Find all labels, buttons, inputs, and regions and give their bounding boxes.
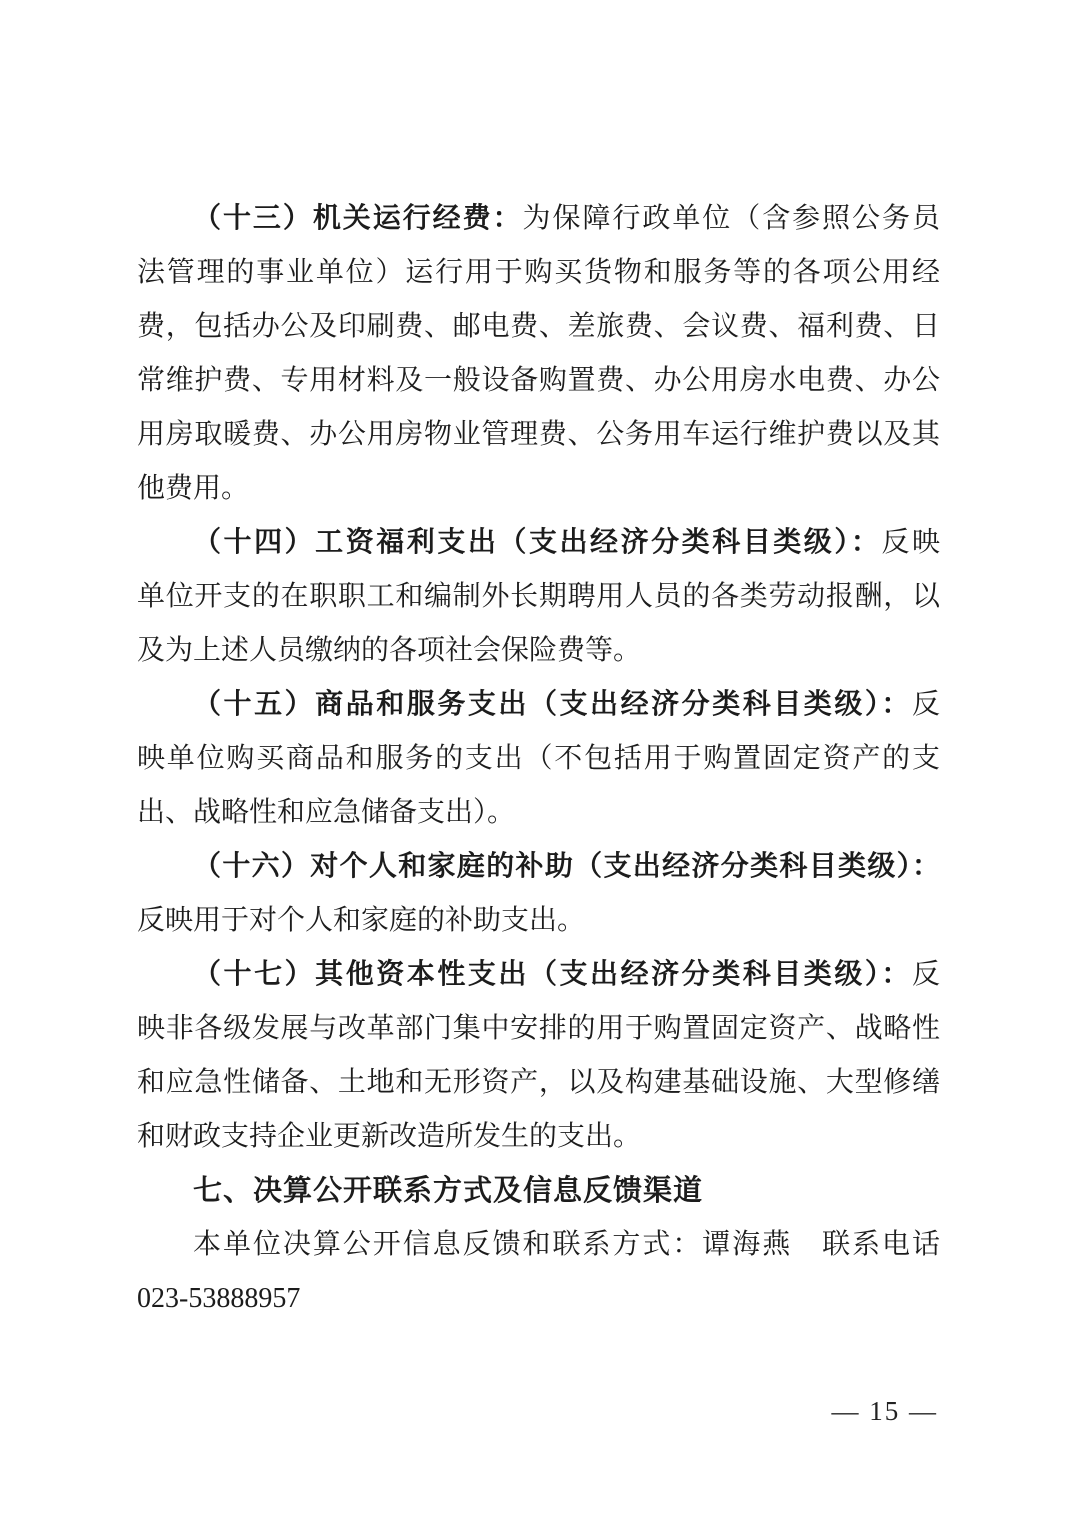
para-15-term: （十五）商品和服务支出（支出经济分类科目类级）： bbox=[193, 689, 912, 720]
para-14-line-3: 及为上述人员缴纳的各项社会保险费等。 bbox=[137, 624, 940, 678]
para-15-line-1: （十五）商品和服务支出（支出经济分类科目类级）：反 bbox=[137, 678, 940, 732]
para-13-line-6: 他费用。 bbox=[137, 462, 940, 516]
document-content: （十三）机关运行经费：为保障行政单位（含参照公务员 法管理的事业单位）运行用于购… bbox=[137, 192, 940, 1326]
contact-phone-number: 023-53888957 bbox=[137, 1272, 940, 1326]
para-14-line-2: 单位开支的在职职工和编制外长期聘用人员的各类劳动报酬，以 bbox=[137, 570, 940, 624]
para-17-line-1: （十七）其他资本性支出（支出经济分类科目类级）：反 bbox=[137, 948, 940, 1002]
para-16-line-2: 反映用于对个人和家庭的补助支出。 bbox=[137, 894, 940, 948]
document-page: （十三）机关运行经费：为保障行政单位（含参照公务员 法管理的事业单位）运行用于购… bbox=[0, 0, 1075, 1520]
section-7-heading: 七、决算公开联系方式及信息反馈渠道 bbox=[137, 1164, 940, 1218]
para-14-text: 反映 bbox=[881, 527, 940, 558]
para-17-line-3: 和应急性储备、土地和无形资产，以及构建基础设施、大型修缮 bbox=[137, 1056, 940, 1110]
para-15-line-3: 出、战略性和应急储备支出）。 bbox=[137, 786, 940, 840]
para-16-term: （十六）对个人和家庭的补助（支出经济分类科目类级）： bbox=[193, 851, 940, 882]
para-17-text: 反 bbox=[912, 959, 940, 990]
para-17-line-2: 映非各级发展与改革部门集中安排的用于购置固定资产、战略性 bbox=[137, 1002, 940, 1056]
para-14-line-1: （十四）工资福利支出（支出经济分类科目类级）：反映 bbox=[137, 516, 940, 570]
para-13-line-2: 法管理的事业单位）运行用于购买货物和服务等的各项公用经 bbox=[137, 246, 940, 300]
para-16-line-1: （十六）对个人和家庭的补助（支出经济分类科目类级）： bbox=[137, 840, 940, 894]
para-17-line-4: 和财政支持企业更新改造所发生的支出。 bbox=[137, 1110, 940, 1164]
page-number: — 15 — bbox=[832, 1396, 939, 1427]
para-13-term: （十三）机关运行经费： bbox=[193, 203, 523, 234]
para-15-text: 反 bbox=[912, 689, 940, 720]
para-13-line-1: （十三）机关运行经费：为保障行政单位（含参照公务员 bbox=[137, 192, 940, 246]
para-15-line-2: 映单位购买商品和服务的支出（不包括用于购置固定资产的支 bbox=[137, 732, 940, 786]
para-14-term: （十四）工资福利支出（支出经济分类科目类级）： bbox=[193, 527, 881, 558]
para-17-term: （十七）其他资本性支出（支出经济分类科目类级）： bbox=[193, 959, 912, 990]
para-13-line-3: 费，包括办公及印刷费、邮电费、差旅费、会议费、福利费、日 bbox=[137, 300, 940, 354]
para-13-line-4: 常维护费、专用材料及一般设备购置费、办公用房水电费、办公 bbox=[137, 354, 940, 408]
contact-line-1: 本单位决算公开信息反馈和联系方式：谭海燕 联系电话 bbox=[137, 1218, 940, 1272]
para-13-line-5: 用房取暖费、办公用房物业管理费、公务用车运行维护费以及其 bbox=[137, 408, 940, 462]
para-13-text: 为保障行政单位（含参照公务员 bbox=[523, 203, 940, 234]
